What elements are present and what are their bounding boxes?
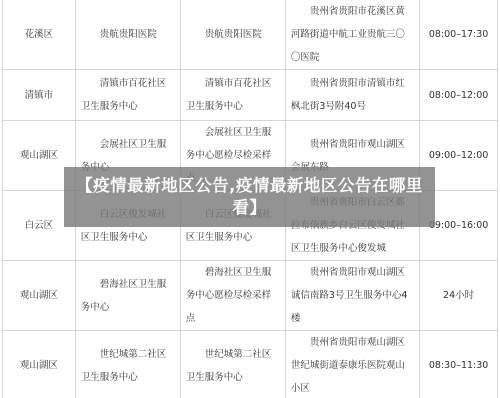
sampling-site-cell: 贵航贵阳医院	[180, 0, 285, 70]
institution-name-cell: 碧海社区卫生服务中心	[75, 261, 180, 331]
hours-cell: 08:00–12:00	[420, 70, 498, 121]
district-cell: 花溪区	[3, 0, 76, 70]
institution-name-cell: 世纪城第二社区卫生服务中心	[75, 331, 180, 398]
institution-name-cell: 贵航贵阳医院	[75, 0, 180, 70]
sampling-site-cell: 碧海社区卫生服务中心愿检尽检采样点	[180, 261, 285, 331]
address-cell: 贵州省贵阳市观山湖区世纪城街道泰康乐医院观山小区	[285, 331, 419, 398]
table-row: 观山湖区 世纪城第二社区卫生服务中心 世纪城第二社区卫生服务中心 贵州省贵阳市观…	[3, 331, 498, 398]
address-cell: 贵州省贵阳市观山湖区诚信南路3号卫生服务中心4楼	[285, 261, 419, 331]
hours-cell: 08:00–17:30	[420, 0, 498, 70]
table-row: 观山湖区 碧海社区卫生服务中心 碧海社区卫生服务中心愿检尽检采样点 贵州省贵阳市…	[3, 261, 498, 331]
title-overlay-banner: 【疫情最新地区公告,疫情最新地区公告在哪里看】	[64, 167, 435, 227]
address-cell: 贵州省贵阳市清镇市红枫北街3号附40号	[285, 70, 419, 121]
hours-cell: 08:30–11:30	[420, 331, 498, 398]
institution-name-cell: 清镇市百花社区卫生服务中心	[75, 70, 180, 121]
sampling-site-cell: 清镇市百花社区卫生服务中心	[180, 70, 285, 121]
hours-cell: 24小时	[420, 261, 498, 331]
article-title: 【疫情最新地区公告,疫情最新地区公告在哪里看】	[70, 175, 430, 219]
sampling-site-cell: 世纪城第二社区卫生服务中心	[180, 331, 285, 398]
district-cell: 观山湖区	[3, 261, 76, 331]
district-cell: 清镇市	[3, 70, 76, 121]
address-cell: 贵州省贵阳市花溪区黄河路街道中航工业贵航三〇〇医院	[285, 0, 419, 70]
district-cell: 观山湖区	[3, 331, 76, 398]
table-row: 花溪区 贵航贵阳医院 贵航贵阳医院 贵州省贵阳市花溪区黄河路街道中航工业贵航三〇…	[3, 0, 498, 70]
table-row: 清镇市 清镇市百花社区卫生服务中心 清镇市百花社区卫生服务中心 贵州省贵阳市清镇…	[3, 70, 498, 121]
